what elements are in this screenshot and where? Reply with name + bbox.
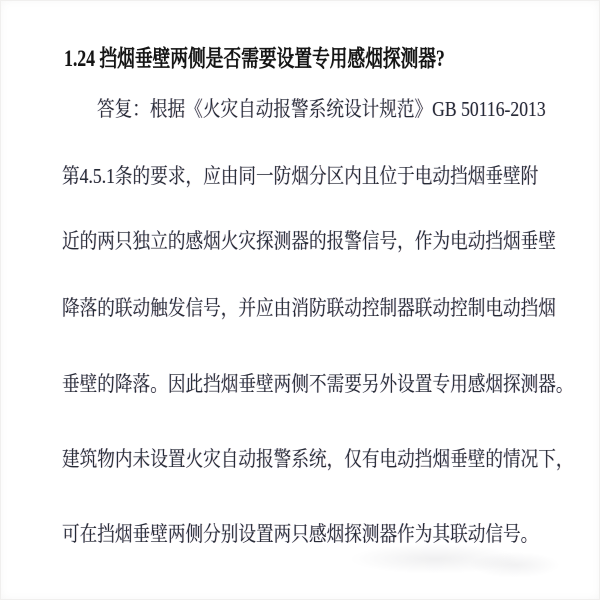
answer-line: 建筑物内未设置火灾自动报警系统，仅有电动挡烟垂壁的情况下， [62, 446, 574, 472]
answer-line: 第4.5.1条的要求，应由同一防烟分区内且位于电动挡烟垂壁附 [62, 163, 538, 189]
question-heading: 1.24 挡烟垂壁两侧是否需要设置专用感烟探测器? [64, 45, 445, 73]
scan-smudge [470, 552, 560, 578]
answer-line: 垂壁的降落。因此挡烟垂壁两侧不需要另外设置专用感烟探测器。 [62, 371, 574, 397]
answer-line: 降落的联动触发信号，并应由消防联动控制器联动控制电动挡烟 [62, 295, 556, 321]
answer-line: 答复：根据《火灾自动报警系统设计规范》GB 50116-2013 [97, 96, 546, 122]
scan-smudge [350, 544, 520, 574]
document-page: 1.24 挡烟垂壁两侧是否需要设置专用感烟探测器? 答复：根据《火灾自动报警系统… [0, 0, 600, 600]
answer-line: 近的两只独立的感烟火灾探测器的报警信号，作为电动挡烟垂壁 [62, 228, 556, 254]
answer-line: 可在挡烟垂壁两侧分别设置两只感烟探测器作为其联动信号。 [62, 521, 538, 547]
